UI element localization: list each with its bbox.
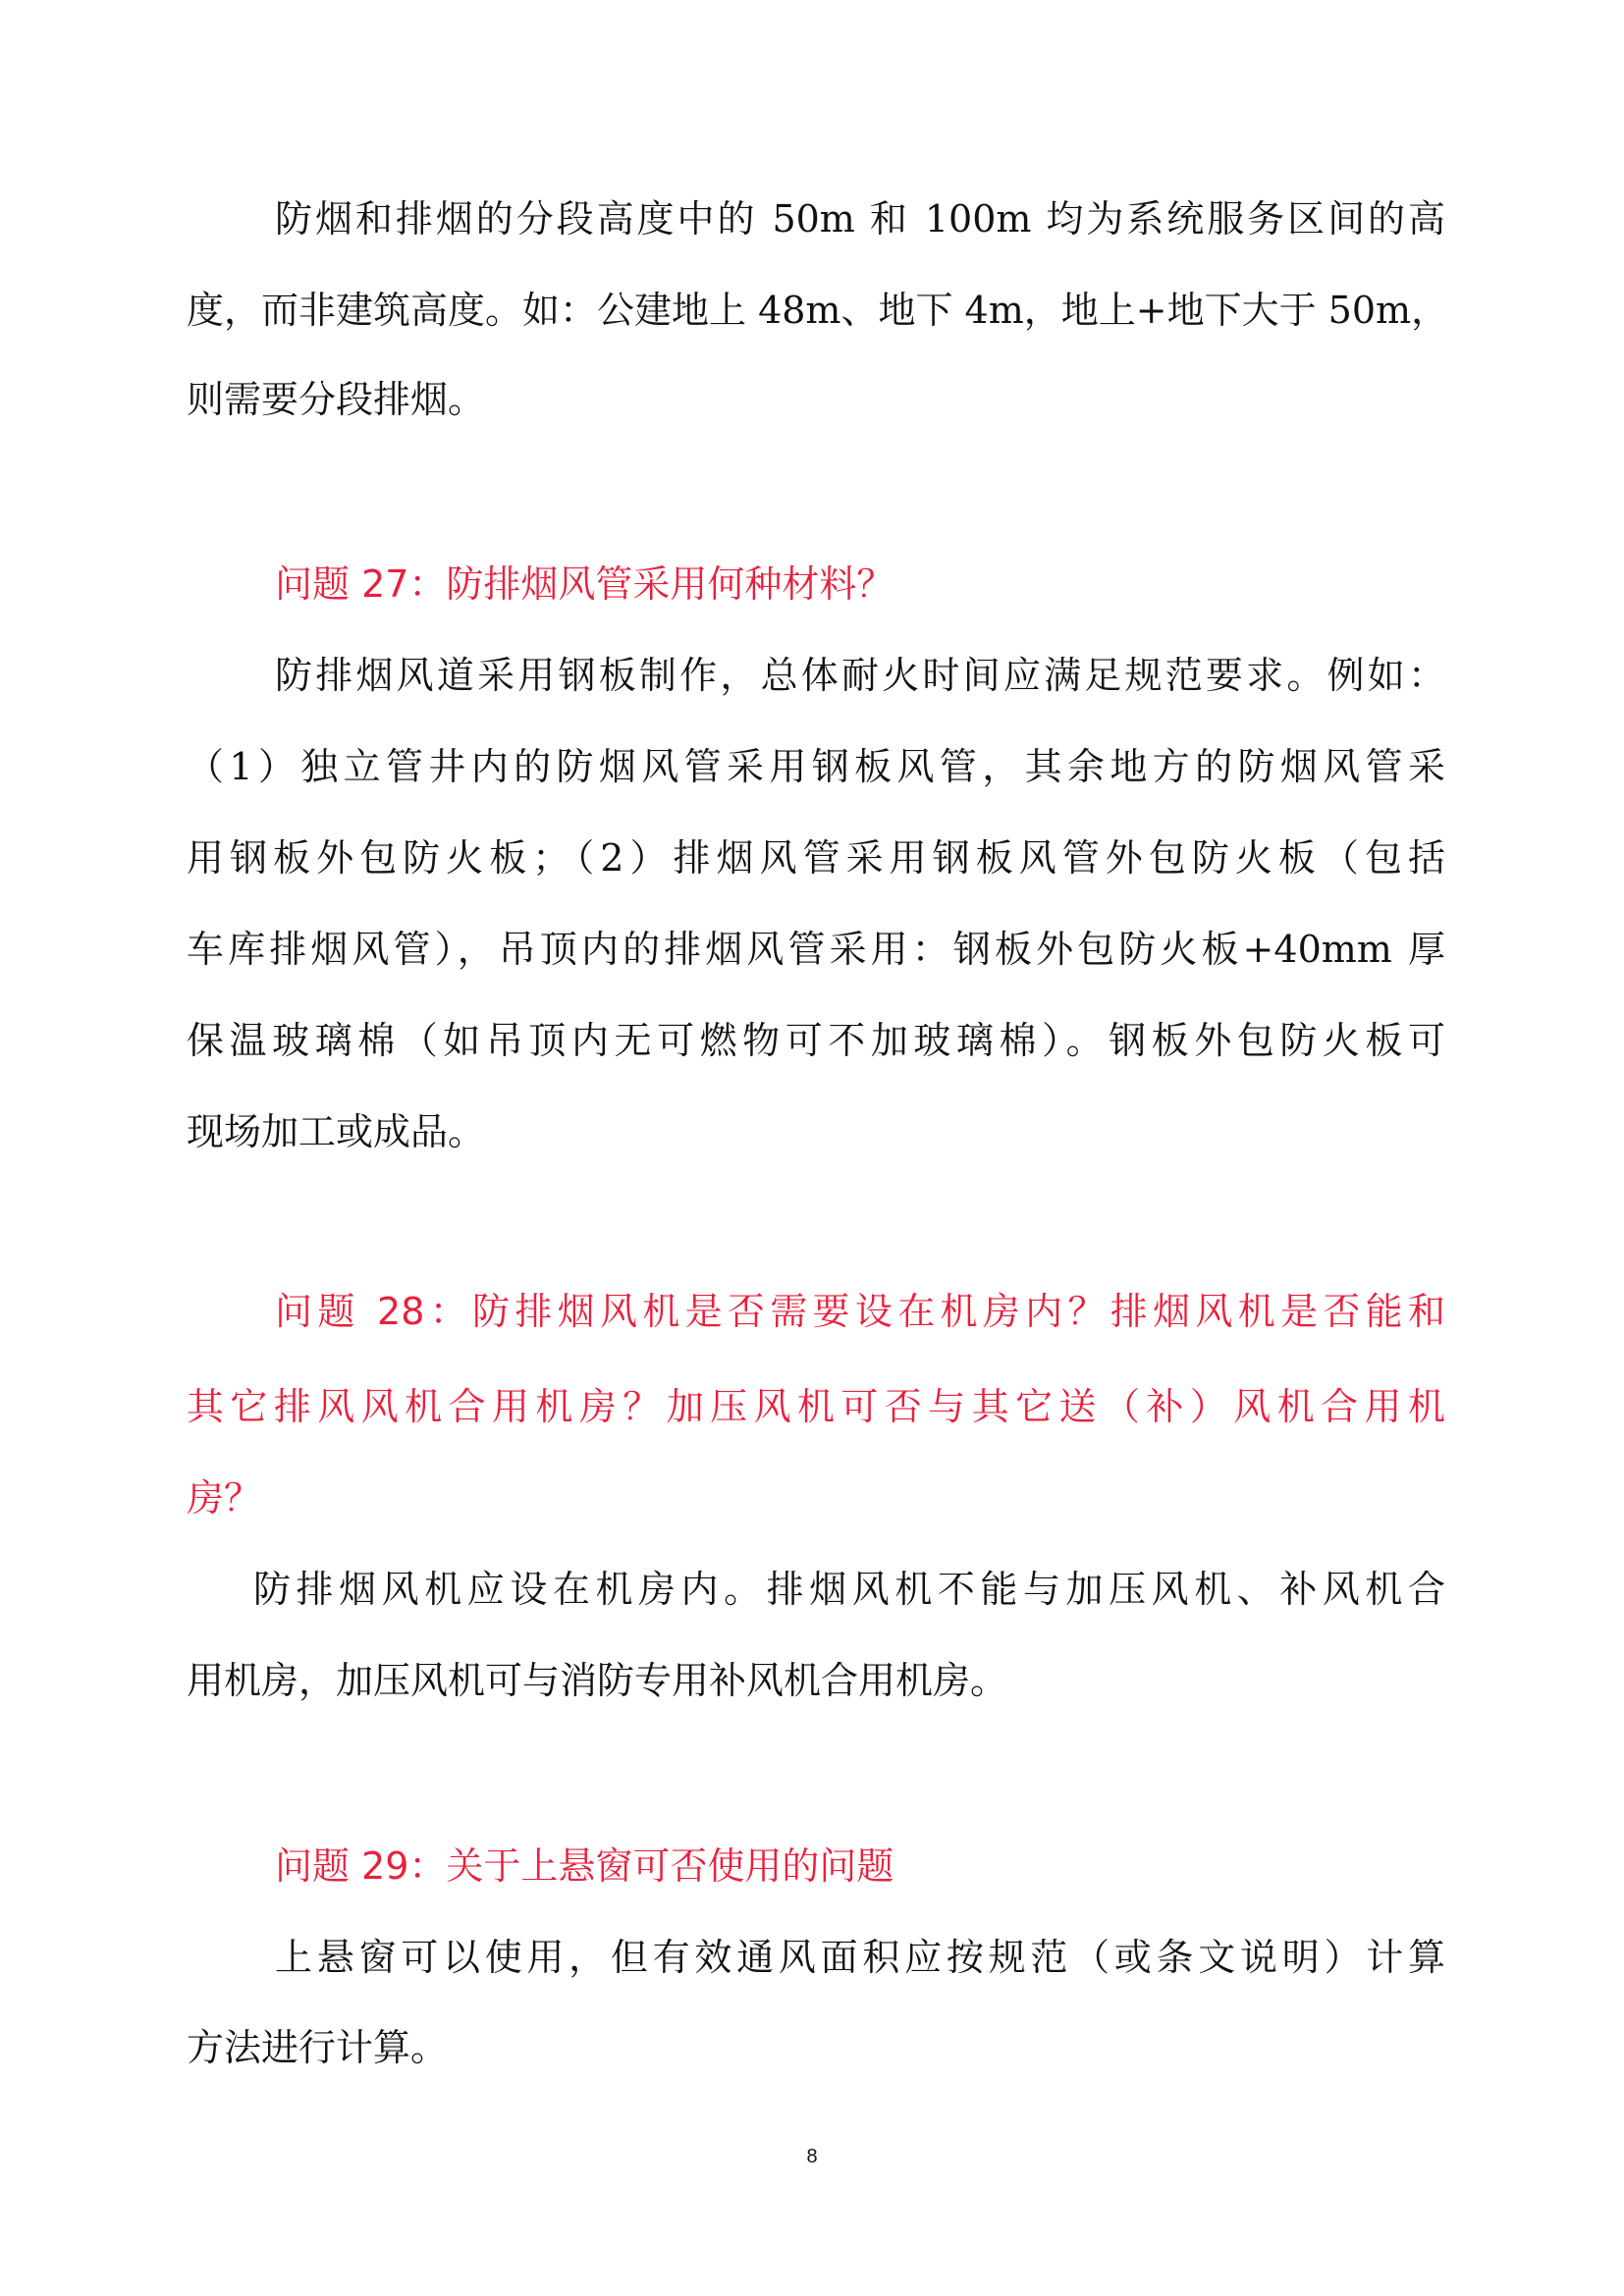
question-28-heading: 其它排风风机合用机房？加压风机可否与其它送（补）风机合用机 [187,1384,1445,1429]
intro-line: 度，而非建筑高度。如：公建地上 48m、地下 4m，地上+地下大于 50m， [187,288,1445,333]
answer-27-line: 用钢板外包防火板；（2）排烟风管采用钢板风管外包防火板（包括 [187,835,1445,881]
intro-line: 则需要分段排烟。 [187,377,1445,422]
answer-27-line: 车库排烟风管），吊顶内的排烟风管采用：钢板外包防火板+40mm 厚 [187,927,1445,972]
question-29-heading: 问题 29：关于上悬窗可否使用的问题 [275,1843,1445,1889]
answer-29-line: 方法进行计算。 [187,2025,1445,2070]
answer-27-line: 保温玻璃棉（如吊顶内无可燃物可不加玻璃棉）。钢板外包防火板可 [187,1018,1445,1063]
intro-line: 防烟和排烟的分段高度中的 50m 和 100m 均为系统服务区间的高 [275,196,1445,241]
answer-29-line: 上悬窗可以使用，但有效通风面积应按规范（或条文说明）计算 [275,1935,1445,1980]
answer-27-line: （1）独立管井内的防烟风管采用钢板风管，其余地方的防烟风管采 [187,744,1445,789]
answer-27-line: 防排烟风道采用钢板制作，总体耐火时间应满足规范要求。例如： [275,653,1445,698]
answer-27-line: 现场加工或成品。 [187,1109,1445,1154]
question-27-heading: 问题 27：防排烟风管采用何种材料？ [275,561,1445,607]
answer-28-line: 防排烟风机应设在机房内。排烟风机不能与加压风机、补风机合 [253,1567,1445,1612]
answer-28-line: 用机房，加压风机可与消防专用补风机合用机房。 [187,1658,1445,1703]
question-28-heading: 问题 28：防排烟风机是否需要设在机房内？排烟风机是否能和 [275,1289,1445,1334]
page-number: 8 [0,2146,1624,2168]
question-28-heading: 房？ [187,1475,1445,1521]
